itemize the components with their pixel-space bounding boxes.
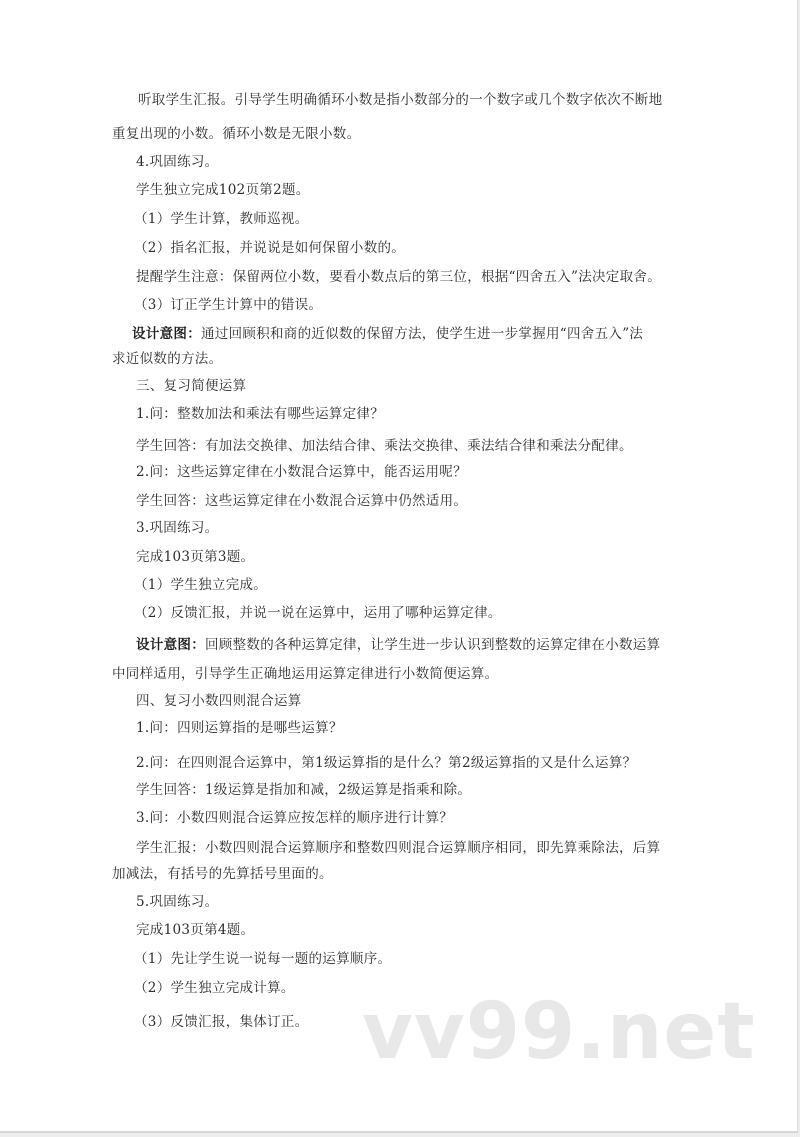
paragraph-line: （1）学生计算，教师巡视。: [134, 207, 309, 227]
paragraph-line: 5.巩固练习。: [136, 890, 218, 910]
line-text: 完成103页第3题。: [136, 549, 254, 565]
line-text: 完成103页第4题。: [136, 922, 254, 938]
design-intent-label: 设计意图：: [132, 326, 201, 342]
paragraph-line: 学生汇报：小数四则混合运算顺序和整数四则混合运算顺序相同，即先算乘除法，后算: [136, 836, 660, 856]
line-text: 4.巩固练习。: [136, 154, 218, 170]
paragraph-line: 1.问：整数加法和乘法有哪些运算定律？: [136, 402, 384, 422]
design-intent-label: 设计意图：: [136, 637, 205, 653]
paragraph-line: （1）先让学生说一说每一题的运算顺序。: [134, 947, 391, 967]
paragraph-line: （2）指名汇报，并说说是如何保留小数的。: [134, 236, 405, 256]
line-text: 提醒学生注意：保留两位小数，要看小数点后的第三位，根据“四舍五入”法决定取舍。: [136, 269, 661, 285]
line-text: 中同样适用，引导学生正确地运用运算定律进行小数简便运算。: [112, 666, 498, 682]
paragraph-line: 1.问：四则运算指的是哪些运算？: [136, 716, 343, 736]
line-text: 求近似数的方法。: [112, 351, 222, 367]
document-page: 听取学生汇报。引导学生明确循环小数是指小数部分的一个数字或几个数字依次不断地重复…: [0, 0, 798, 1133]
paragraph-line: 提醒学生注意：保留两位小数，要看小数点后的第三位，根据“四舍五入”法决定取舍。: [136, 265, 661, 285]
paragraph-line: 三、复习简便运算: [136, 374, 246, 394]
paragraph-line: （3）反馈汇报，集体订正。: [134, 1010, 309, 1030]
watermark: vv99.net: [362, 993, 756, 1071]
paragraph-line: 听取学生汇报。引导学生明确循环小数是指小数部分的一个数字或几个数字依次不断地: [138, 88, 662, 108]
line-text: 2.问：这些运算定律在小数混合运算中，能否运用呢？: [136, 464, 467, 480]
line-text: 重复出现的小数。循环小数是无限小数。: [112, 126, 360, 142]
line-text: 学生回答：有加法交换律、加法结合律、乘法交换律、乘法结合律和乘法分配律。: [136, 438, 633, 454]
line-text: 5.巩固练习。: [136, 894, 218, 910]
paragraph-line: 2.问：在四则混合运算中，第1级运算指的是什么？第2级运算指的又是什么运算？: [136, 751, 636, 771]
line-text: 三、复习简便运算: [136, 378, 246, 394]
paragraph-line: （2）反馈汇报，并说一说在运算中，运用了哪种运算定律。: [134, 601, 502, 621]
line-text: 四、复习小数四则混合运算: [136, 693, 302, 709]
line-text: （1）先让学生说一说每一题的运算顺序。: [134, 951, 391, 967]
line-text: （1）学生计算，教师巡视。: [134, 211, 309, 227]
line-text: （3）反馈汇报，集体订正。: [134, 1014, 309, 1030]
paragraph-line: 学生回答：这些运算定律在小数混合运算中仍然适用。: [136, 489, 467, 509]
line-text: 学生回答：这些运算定律在小数混合运算中仍然适用。: [136, 493, 467, 509]
line-text: 学生独立完成102页第2题。: [136, 182, 310, 198]
paragraph-line: 加减法，有括号的先算括号里面的。: [112, 862, 333, 882]
paragraph-line: 完成103页第3题。: [136, 545, 254, 565]
line-text: （2）反馈汇报，并说一说在运算中，运用了哪种运算定律。: [134, 605, 502, 621]
line-text: （2）指名汇报，并说说是如何保留小数的。: [134, 240, 405, 256]
line-text: 通过回顾积和商的近似数的保留方法，使学生进一步掌握用“四舍五入”法: [201, 326, 643, 342]
paragraph-line: 学生回答：1级运算是指加和减，2级运算是指乘和除。: [136, 778, 471, 798]
design-intent-paragraph-line: 设计意图：回顾整数的各种运算定律，让学生进一步认识到整数的运算定律在小数运算: [136, 633, 660, 653]
design-intent-paragraph-line: 设计意图：通过回顾积和商的近似数的保留方法，使学生进一步掌握用“四舍五入”法: [132, 322, 643, 342]
paragraph-line: 3.问：小数四则混合运算应按怎样的顺序进行计算？: [136, 806, 453, 826]
paragraph-line: 3.巩固练习。: [136, 516, 218, 536]
line-text: 1.问：整数加法和乘法有哪些运算定律？: [136, 406, 384, 422]
line-text: （1）学生独立完成。: [134, 577, 267, 593]
line-text: 听取学生汇报。引导学生明确循环小数是指小数部分的一个数字或几个数字依次不断地: [138, 92, 662, 108]
line-text: 1.问：四则运算指的是哪些运算？: [136, 720, 343, 736]
paragraph-line: 2.问：这些运算定律在小数混合运算中，能否运用呢？: [136, 460, 467, 480]
paragraph-line: （1）学生独立完成。: [134, 573, 267, 593]
line-text: 3.巩固练习。: [136, 520, 218, 536]
line-text: 回顾整数的各种运算定律，让学生进一步认识到整数的运算定律在小数运算: [205, 637, 660, 653]
paragraph-line: （3）订正学生计算中的错误。: [134, 293, 322, 313]
line-text: 2.问：在四则混合运算中，第1级运算指的是什么？第2级运算指的又是什么运算？: [136, 755, 636, 771]
paragraph-line: 4.巩固练习。: [136, 150, 218, 170]
paragraph-line: 重复出现的小数。循环小数是无限小数。: [112, 122, 360, 142]
paragraph-line: （2）学生独立完成计算。: [134, 976, 295, 996]
paragraph-line: 完成103页第4题。: [136, 918, 254, 938]
paragraph-line: 学生独立完成102页第2题。: [136, 178, 310, 198]
line-text: 学生汇报：小数四则混合运算顺序和整数四则混合运算顺序相同，即先算乘除法，后算: [136, 840, 660, 856]
line-text: 3.问：小数四则混合运算应按怎样的顺序进行计算？: [136, 810, 453, 826]
line-text: （2）学生独立完成计算。: [134, 980, 295, 996]
paragraph-line: 学生回答：有加法交换律、加法结合律、乘法交换律、乘法结合律和乘法分配律。: [136, 434, 633, 454]
line-text: 学生回答：1级运算是指加和减，2级运算是指乘和除。: [136, 782, 471, 798]
paragraph-line: 四、复习小数四则混合运算: [136, 689, 302, 709]
line-text: （3）订正学生计算中的错误。: [134, 297, 322, 313]
paragraph-line: 中同样适用，引导学生正确地运用运算定律进行小数简便运算。: [112, 662, 498, 682]
paragraph-line: 求近似数的方法。: [112, 347, 222, 367]
line-text: 加减法，有括号的先算括号里面的。: [112, 866, 333, 882]
